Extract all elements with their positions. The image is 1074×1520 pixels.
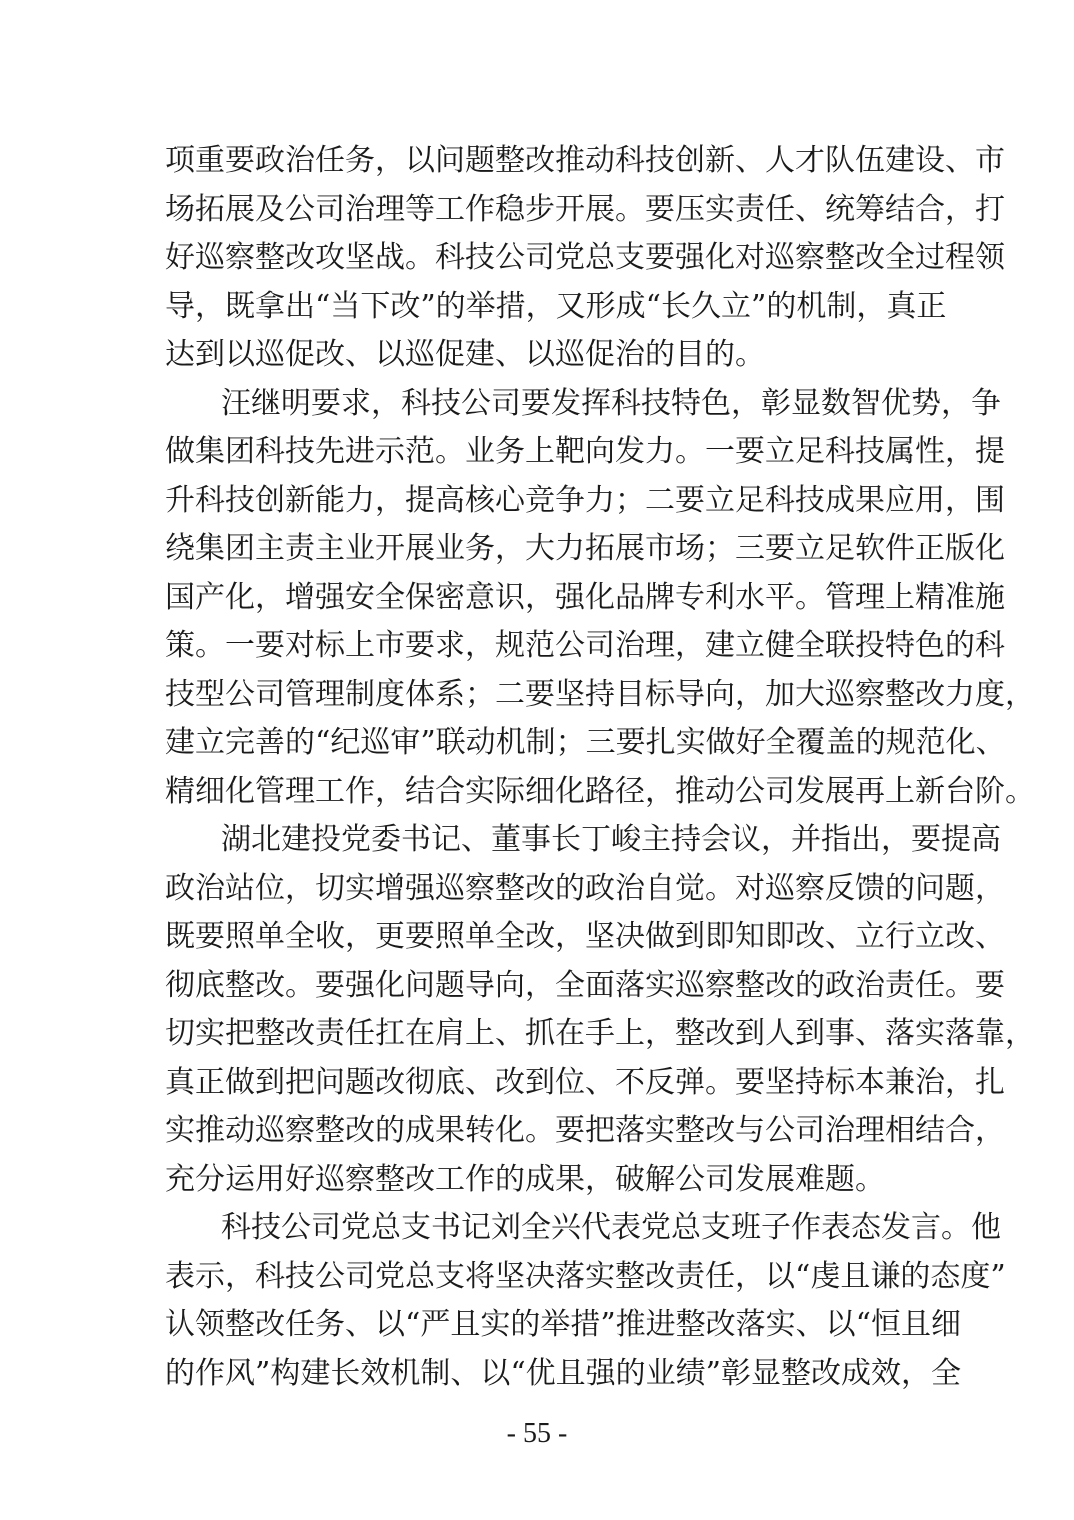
text-line: 做集团科技先进示范。业务上靶向发力。一要立足科技属性，提 (165, 428, 911, 477)
text-line: 真正做到把问题改彻底、改到位、不反弹。要坚持标本兼治，扎 (165, 1059, 911, 1108)
text-line: 项重要政治任务，以问题整改推动科技创新、人才队伍建设、市 (165, 137, 911, 186)
text-line: 升科技创新能力，提高核心竞争力；二要立足科技成果应用，围 (165, 477, 911, 526)
text-line: 切实把整改责任扛在肩上、抓在手上，整改到人到事、落实落靠， (165, 1010, 911, 1059)
paragraph: 项重要政治任务，以问题整改推动科技创新、人才队伍建设、市 场拓展及公司治理等工作… (165, 137, 911, 380)
page-number: - 55 - (0, 1418, 1074, 1450)
text-line: 湖北建投党委书记、董事长丁峻主持会议，并指出，要提高 (165, 816, 911, 865)
paragraph: 汪继明要求，科技公司要发挥科技特色，彰显数智优势，争 做集团科技先进示范。业务上… (165, 380, 911, 817)
text-line: 表示，科技公司党总支将坚决落实整改责任，以“虔且谦的态度” (165, 1253, 911, 1302)
text-line: 绕集团主责主业开展业务，大力拓展市场；三要立足软件正版化 (165, 525, 911, 574)
text-line: 达到以巡促改、以巡促建、以巡促治的目的。 (165, 331, 911, 380)
text-line: 策。一要对标上市要求，规范公司治理，建立健全联投特色的科 (165, 622, 911, 671)
text-line: 既要照单全收，更要照单全改，坚决做到即知即改、立行立改、 (165, 913, 911, 962)
text-line: 实推动巡察整改的成果转化。要把落实整改与公司治理相结合， (165, 1107, 911, 1156)
text-line: 的作风”构建长效机制、以“优且强的业绩”彰显整改成效，全 (165, 1350, 911, 1399)
paragraph: 科技公司党总支书记刘全兴代表党总支班子作表态发言。他 表示，科技公司党总支将坚决… (165, 1204, 911, 1398)
text-line: 政治站位，切实增强巡察整改的政治自觉。对巡察反馈的问题， (165, 865, 911, 914)
text-line: 技型公司管理制度体系；二要坚持目标导向，加大巡察整改力度， (165, 671, 911, 720)
text-line: 建立完善的“纪巡审”联动机制；三要扎实做好全覆盖的规范化、 (165, 719, 911, 768)
text-line: 国产化，增强安全保密意识，强化品牌专利水平。管理上精准施 (165, 574, 911, 623)
document-body: 项重要政治任务，以问题整改推动科技创新、人才队伍建设、市 场拓展及公司治理等工作… (165, 137, 911, 1398)
text-line: 精细化管理工作，结合实际细化路径，推动公司发展再上新台阶。 (165, 768, 911, 817)
text-line: 场拓展及公司治理等工作稳步开展。要压实责任、统筹结合，打 (165, 186, 911, 235)
text-line: 充分运用好巡察整改工作的成果，破解公司发展难题。 (165, 1156, 911, 1205)
text-line: 汪继明要求，科技公司要发挥科技特色，彰显数智优势，争 (165, 380, 911, 429)
text-line: 认领整改任务、以“严且实的举措”推进整改落实、以“恒且细 (165, 1301, 911, 1350)
text-line: 科技公司党总支书记刘全兴代表党总支班子作表态发言。他 (165, 1204, 911, 1253)
text-line: 好巡察整改攻坚战。科技公司党总支要强化对巡察整改全过程领 (165, 234, 911, 283)
text-line: 彻底整改。要强化问题导向，全面落实巡察整改的政治责任。要 (165, 962, 911, 1011)
text-line: 导，既拿出“当下改”的举措，又形成“长久立”的机制，真正 (165, 283, 911, 332)
paragraph: 湖北建投党委书记、董事长丁峻主持会议，并指出，要提高 政治站位，切实增强巡察整改… (165, 816, 911, 1204)
